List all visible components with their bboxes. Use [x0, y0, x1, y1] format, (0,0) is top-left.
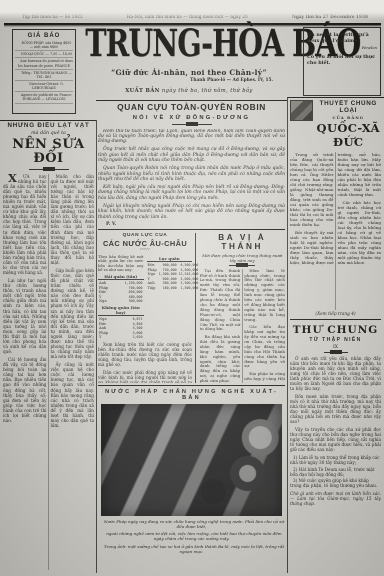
table-row: Đức900,0006,500,000	[147, 263, 200, 268]
price-box: GIÁ BÁO ĐÔNG-PHÁP: sáu tháng 4$50 — một …	[12, 29, 76, 114]
air-table-title: Không quân (tàu bay)	[98, 305, 144, 316]
text-line: Lại như tục ngôi thứ chốn hương thôn, vì…	[3, 278, 47, 354]
race-article-body: Trong sử trình của đảng Quốc-xã bên Đức,…	[290, 152, 381, 310]
text-line: Directeur-Gérant: G. LEBOURDAIS	[15, 82, 73, 92]
text-line: Ấy cũng là một việc quan hệ cho cuộc cải…	[51, 362, 95, 428]
motto: “Giữ đức Ái-nhân, noi theo Chân-lý”	[78, 68, 300, 77]
text-line: Ba đấng khi sinh thời đều là gương nhân …	[200, 335, 241, 383]
army-table-title: Lục quân	[147, 256, 193, 262]
letter-section-rule	[290, 319, 381, 320]
quote-box: On ne dit la vérité qu'à ceux que l'on a…	[303, 27, 381, 96]
text-line: Quan Toàn-quyền Robin nói rằng trong đám…	[98, 166, 285, 182]
left-column: NHỮNG ĐIỀU LẶT VẶT mà dân quê ta NÊN SỬA…	[3, 122, 94, 573]
squiggle-ornament: 〰〰	[98, 248, 192, 253]
army-right-mini-column: Lục quân Đức900,0006,500,000Pháp750,0005…	[147, 255, 193, 340]
saints-article-subtitle: Mới được phong chức trong tháng mười tây…	[200, 253, 286, 263]
dateline-issue: Tập thứ mười ba — Số 1923	[22, 15, 83, 20]
ornament-divider	[324, 352, 348, 353]
france-article-title: NƯỚC PHÁP CHẤN HƯNG NGHỀ XUẤT-BẢN	[98, 389, 285, 401]
left-middle-column-rule	[96, 120, 97, 573]
text-line: Gặp buổi gạo kém thóc cao, dân quê đã ph…	[51, 268, 95, 360]
table-row: Tiệp180,0001,500,000	[147, 286, 200, 291]
letter-numbered-list: 1) Làm lễ tạ ơn trọng thể trong khắp các…	[290, 455, 381, 488]
left-article-title: NÊN SỬA ĐỔI	[3, 138, 94, 166]
letter-body: Ớ anh em rất yêu dấu, nhân dịp đầy năm t…	[290, 356, 381, 453]
photo-caption: Nước Pháp ngày nay đang ra sức chấn hưng…	[98, 519, 285, 554]
text-line: Aux bureaux du journal et dans les burea…	[15, 59, 73, 69]
text-line: Tại đền thánh Phê-rô ở kinh thành La-mã,…	[200, 269, 241, 333]
price-box-lines: ĐÔNG-PHÁP: sáu tháng 4$50 — một năm 8$00…	[15, 41, 73, 104]
letter-subtitle: TỨ THẬP NIÊN	[290, 337, 381, 343]
text-line: NGOẠI-QUỐC — 7,50 — 14,00	[15, 52, 73, 58]
left-article-midline: mà dân quê ta	[3, 131, 94, 136]
ornament-divider	[229, 265, 255, 266]
publication-schedule: XUẤT BẢN ngày thứ ba, thứ năm, thứ bảy	[78, 88, 300, 94]
left-column-top-rule	[0, 120, 96, 121]
army-article-paragraphs: Xem bảng trên thì biết các cường quốc bê…	[98, 342, 192, 384]
french-quote: On ne dit la vérité qu'à ceux que l'on a…	[307, 32, 377, 44]
continuation-note: (Xem tiếp trang 4)	[290, 312, 381, 317]
table-row: Nga300,000	[98, 299, 144, 304]
text-line: Cái tệ hương ẩm đã vậy, cái tệ đồng bóng…	[3, 357, 47, 423]
text-line: Kết luận, ngài yêu cầu mọi người dân Phá…	[98, 185, 285, 201]
factory-machinery-photo	[101, 404, 282, 516]
middle-column-top-rule	[96, 100, 287, 101]
masthead: TRUNG-HÒA BÁO “Giữ đức Ái-nhân, noi theo…	[78, 26, 300, 94]
left-article-paragraph: XƯA nay những hủ tục đã ăn sâu vào chốn …	[3, 174, 47, 276]
robin-article-title: QUAN CỰU TOÀN-QUYỀN ROBIN	[98, 102, 285, 112]
text-line: Nước Pháp ngày nay đang ra sức chấn hưng…	[98, 519, 285, 529]
text-line: Xem bảng trên thì biết các cường quốc bê…	[98, 342, 192, 367]
army-article: QUÂN LỰC CỦA CÁC NƯỚC ÂU-CHÂU 〰〰 Theo bả…	[98, 233, 196, 383]
navy-table: Anh1,250,000Pháp700,000Đức650,000Ý480,00…	[98, 281, 144, 304]
france-section-rule	[98, 385, 285, 386]
text-line: 2) Hát kinh Te Deum sau lễ, trước mặt bổ…	[290, 467, 381, 477]
dateline-lunar-date: Hà-Nội, năm thứ mười ba — tháng mười một…	[127, 15, 248, 20]
ornament-divider	[29, 169, 69, 170]
text-line: Muốn cho dân quê ta được mở mặt với ngườ…	[51, 174, 95, 266]
saints-article-title: BA VỊ Á THÁNH	[200, 233, 286, 251]
middle-column: QUAN CỰU TOÀN-QUYỀN ROBIN NÓI VỀ XỨ ĐÔNG…	[98, 102, 285, 573]
text-line: Trong ảnh: một xưởng chế tạo xe hơi ở gầ…	[98, 544, 285, 554]
left-article-body: XƯA nay những hủ tục đã ăn sâu vào chốn …	[3, 174, 94, 570]
robin-article-signature: P. V.	[106, 222, 285, 227]
army-article-kicker: QUÂN LỰC CỦA	[98, 233, 192, 238]
text-line: Ớ anh em rất yêu dấu, nhân dịp đầy năm t…	[290, 356, 381, 392]
robin-article-body: Hôm thứ tư tuần trước, tại Lyon, quan Re…	[98, 129, 285, 221]
right-column-top-rule	[287, 97, 384, 98]
army-table: Đức900,0006,500,000Pháp750,0005,500,000N…	[147, 263, 200, 290]
text-line: ngoài những nghề ươm tơ dệt cửi, việc là…	[98, 531, 285, 541]
newspaper-page: Tập thứ mười ba — Số 1923 Hà-Nội, năm th…	[0, 0, 384, 576]
dropcap: X	[3, 174, 17, 184]
text-line: ĐÔNG-PHÁP: sáu tháng 4$50 — một năm 8$00	[15, 41, 73, 51]
text-line: Hôm thứ tư tuần trước, tại Lyon, quan Re…	[98, 129, 285, 145]
text-line: Hôm làm lễ phong chức, trong đền thờ chậ…	[244, 269, 285, 323]
text-line: Các bổn đạo khắp nơi nghe tin ấy đều vui…	[244, 325, 285, 369]
motto-attribution: Thanh Phao-lô — Ad Ephes. IV, 15.	[105, 78, 273, 83]
text-line: Ông trước hết nhắc qua công cuộc mở mang…	[98, 147, 285, 163]
text-line: 1) Làm lễ tạ ơn trọng thể trong khắp các…	[290, 455, 381, 465]
army-tables-row: Theo bản thống kê mới nhất, quân lực các…	[98, 255, 192, 340]
saints-article-body: Tại đền thánh Phê-rô ở kinh thành La-mã,…	[200, 269, 286, 384]
text-line: Trong sử trình của đảng Quốc-xã bên Đức,…	[290, 152, 334, 227]
letter-title: THƯ CHUNG	[290, 324, 381, 336]
robin-article-subtitle: NÓI VỀ XỨ ĐÔNG-DƯƠNG	[98, 115, 285, 121]
air-table: Nga6,871Đức4,850Anh5,500Pháp3,600Ý2,620	[98, 317, 144, 340]
right-column: THUYẾT CHỦNG LOẠI CỦA ĐẢNG QUỐC-XÃ ĐỨC T…	[290, 100, 381, 573]
table-row: Ý2,620	[98, 335, 144, 340]
dateline-date: Ngày thứ ba 27 Décembre 1938	[292, 15, 368, 20]
army-left-mini-column: Theo bản thống kê mới nhất, quân lực các…	[98, 255, 144, 340]
text-line: Dân các nước phải đóng góp nặng nề về vi…	[98, 370, 192, 383]
quote-signature: Fénelon	[307, 45, 377, 50]
text-line: Vậy ta truyền cho các cha xứ phải đọc th…	[290, 427, 381, 452]
race-article-ofline: CỦA ĐẢNG	[316, 115, 382, 120]
table-row: Nga1,300,00012,545,000	[147, 272, 200, 277]
race-article-titles: THUYẾT CHỦNG LOẠI CỦA ĐẢNG QUỐC-XÃ ĐỨC	[316, 100, 382, 149]
dateline: Tập thứ mười ba — Số 1923 Hà-Nội, năm th…	[22, 15, 368, 20]
text-line: Télég.: TRUNGHOA-HANOI — Tél.: 461	[15, 71, 73, 81]
army-intro: Theo bản thống kê mới nhất, quân lực các…	[98, 255, 144, 273]
race-article-header: THUYẾT CHỦNG LOẠI CỦA ĐẢNG QUỐC-XÃ ĐỨC	[290, 100, 381, 149]
text-line: 3) Mở cuộc quyên giúp kẻ khó khắp trong …	[290, 478, 381, 488]
text-line: Agents de publicité en France: DORLAND —…	[15, 93, 73, 103]
publication-label: XUẤT BẢN	[125, 88, 160, 94]
price-box-title: GIÁ BÁO	[15, 33, 73, 39]
left-article-kicker: NHỮNG ĐIỀU LẶT VẶT	[3, 122, 94, 129]
navy-table-title: Hải quân (tấn)	[98, 274, 144, 280]
vietnamese-quote: Có yêu ai mới nói sự thực cho biết.	[307, 54, 377, 66]
letter-numeral: IX	[290, 345, 381, 350]
saints-article: BA VỊ Á THÁNH Mới được phong chức trong …	[196, 233, 285, 383]
race-article-kicker: THUYẾT CHỦNG LOẠI	[316, 100, 382, 114]
text-line: Bốn mươi năm trước, trong địa phận mới c…	[290, 394, 381, 425]
table-row: Anh380,0003,500,000	[147, 281, 200, 286]
middle-section-rule	[98, 229, 285, 231]
middle-split-section: QUÂN LỰC CỦA CÁC NƯỚC ÂU-CHÂU 〰〰 Theo bả…	[98, 233, 285, 383]
publication-days: ngày thứ ba, thứ năm, thứ bảy	[160, 88, 253, 94]
middle-right-column-rule	[287, 97, 288, 573]
text-line: Ngài lại khuyên những người Pháp có chí …	[98, 204, 285, 220]
text-line: Các nhà bác học trứ danh, chẳng cứ gì ng…	[338, 200, 382, 265]
race-article-title: QUỐC-XÃ ĐỨC	[316, 121, 382, 149]
letter-closing: Chớ gì anh em được mọi ơn lành hồn xác. …	[290, 491, 381, 506]
stamp-photo-icon	[290, 100, 313, 121]
ornament-divider	[172, 124, 212, 125]
